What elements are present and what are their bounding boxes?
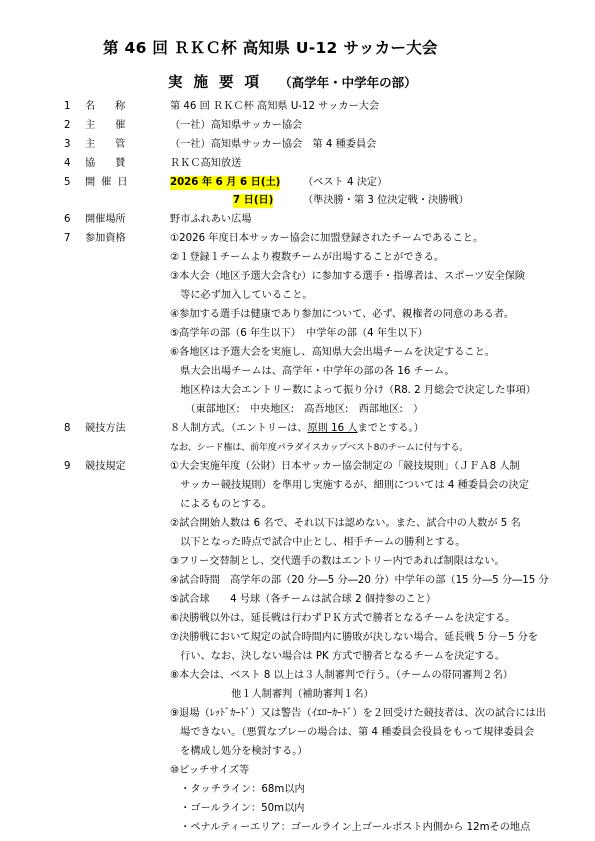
underlined-entry-limit: 原則 16 人 [308, 423, 358, 434]
rule-line: ②試合開始人数は 6 名で、それ以下は認めない。また、試合中の人数が 5 名 [170, 517, 521, 531]
eligibility-item: ①2026 年度日本サッカー協会に加盟登録されたチームであること。 [170, 232, 483, 246]
rule-line: ①大会実施年度（公財）日本サッカー協会制定の「競技規則」（ＪＦＡ8 人制 [170, 460, 520, 474]
rule-line: ⑦決勝戦において規定の試合時間内に勝敗が決しない場合、延長戦 5 分－5 分を [170, 631, 538, 645]
section-number: 1 [64, 100, 70, 114]
pitch-touchline: ・タッチライン：68m以内 [170, 783, 305, 797]
document-title: 第 46 回 ＲＫＣ杯 高知県 U-12 サッカー大会 [103, 36, 438, 58]
rule-line: 場できない。（悪質なプレーの場合は、第 4 種委員会役員をもって規律委員会 [170, 726, 534, 740]
event-date-day2: 7 日(日) [233, 194, 273, 208]
section-number: 7 [64, 232, 70, 246]
rule-line: ⑤試合球 4 号球（各チームは試合球 2 個持参のこと） [170, 593, 436, 607]
seed-note: なお、シード権は、前年度パラダイスカップベスト8のチームに付与する。 [170, 441, 468, 455]
section-number: 8 [64, 422, 70, 436]
pitch-penalty-area: ・ペナルティーエリア：ゴールライン上ゴールポスト内側から 12mその地点 [170, 821, 530, 835]
section-number: 4 [64, 157, 70, 171]
section-value: 野市ふれあい広場 [170, 213, 252, 227]
section-number: 9 [64, 460, 70, 474]
rule-line: サッカー競技規則）を準用し実施するが、細則については 4 種委員会の決定 [170, 479, 529, 493]
section-value: ＲＫＣ高知放送 [170, 157, 241, 171]
section-label: 競技方法 [85, 422, 126, 436]
eligibility-item: ⑤高学年の部（6 年生以下） 中学年の部（4 年生以下） [170, 327, 428, 341]
rule-line: 行い、なお、決しない場合は PK 方式で勝者となるチームを決定する。 [170, 650, 505, 664]
event-date-day2-note: （準決勝・第 3 位決定戦・決勝戦） [303, 194, 469, 208]
method-line: ８人制方式。（エントリーは、原則 16 人までとする。） [170, 422, 424, 436]
rule-line: ⑩ピッチサイズ等 [170, 764, 249, 778]
section-number: 5 [64, 176, 70, 190]
section-label: 参加資格 [85, 232, 126, 246]
section-label: 協賛 [85, 157, 145, 171]
section-number: 3 [64, 138, 70, 152]
section-label: 主管 [85, 138, 145, 152]
eligibility-item: ②１登録１チームより複数チームが出場することができる。 [170, 251, 444, 265]
subtitle-main: 実施要項 [168, 75, 270, 91]
subtitle-division: （高学年・中学年の部） [279, 75, 417, 90]
section-number: 6 [64, 213, 70, 227]
section-value: （一社）高知県サッカー協会 第 4 種委員会 [170, 138, 376, 152]
event-date-day1: 2026 年 6 月 6 日(土) [170, 176, 280, 190]
eligibility-item: 等に必ず加入していること。 [170, 289, 313, 303]
section-value: （一社）高知県サッカー協会 [170, 119, 302, 133]
eligibility-item: 地区枠は大会エントリー数によって振り分け（R8. 2 月総会で決定した事項） [170, 384, 536, 398]
section-label: 競技規定 [85, 460, 126, 474]
rule-line: ⑧本大会は、ベスト 8 以上は３人制審判で行う。（チームの帯同審判２名） [170, 669, 513, 683]
eligibility-item: ⑥各地区は予選大会を実施し、高知県大会出場チームを決定すること。 [170, 346, 495, 360]
rule-line: ③フリー交替制とし、交代選手の数はエントリー内であれば制限はない。 [170, 555, 505, 569]
eligibility-item: 県大会出場チームは、高学年・中学年の部の各 16 チーム。 [170, 365, 455, 379]
document-subtitle: 実施要項 （高学年・中学年の部） [168, 71, 417, 92]
rule-line: 以下となった時点で試合中止とし、相手チームの勝利とする。 [170, 536, 465, 550]
rule-line: を構成し処分を検討する。） [170, 745, 308, 759]
section-value: 第 46 回 ＲＫＣ杯 高知県 U-12 サッカー大会 [170, 100, 379, 114]
rule-line: によるものとする。 [170, 498, 272, 512]
eligibility-item: ④参加する選手は健康であり参加について、必ず、親権者の同意のある者。 [170, 308, 514, 322]
eligibility-item: ③本大会（地区予選大会含む）に参加する選手・指導者は、スポーツ安全保険 [170, 270, 525, 284]
rule-line: ⑨退場（ﾚｯﾄﾞｶｰﾄﾞ）又は警告（ｲｴﾛｰｶｰﾄﾞ）を２回受けた競技者は、次の… [170, 707, 546, 721]
section-label: 開催場所 [85, 213, 126, 227]
section-label: 名称 [85, 100, 145, 114]
pitch-goalline: ・ゴールライン：50m以内 [170, 802, 304, 816]
rule-line: ④試合時間 高学年の部（20 分―5 分―20 分）中学年の部（15 分―5 分… [170, 574, 549, 588]
section-label: 主催 [85, 119, 145, 133]
rule-line: ⑥決勝戦以外は、延長戦は行わずＰＫ方式で勝者となるチームを決定する。 [170, 612, 515, 626]
rule-line: 他１人制審判（補助審判１名） [170, 688, 374, 702]
section-number: 2 [64, 119, 70, 133]
section-label: 開催日 [85, 176, 134, 190]
eligibility-item: （東部地区: 中央地区: 高吾地区: 西部地区: ） [170, 403, 423, 417]
event-date-day1-note: （ベスト 4 決定） [303, 176, 387, 190]
